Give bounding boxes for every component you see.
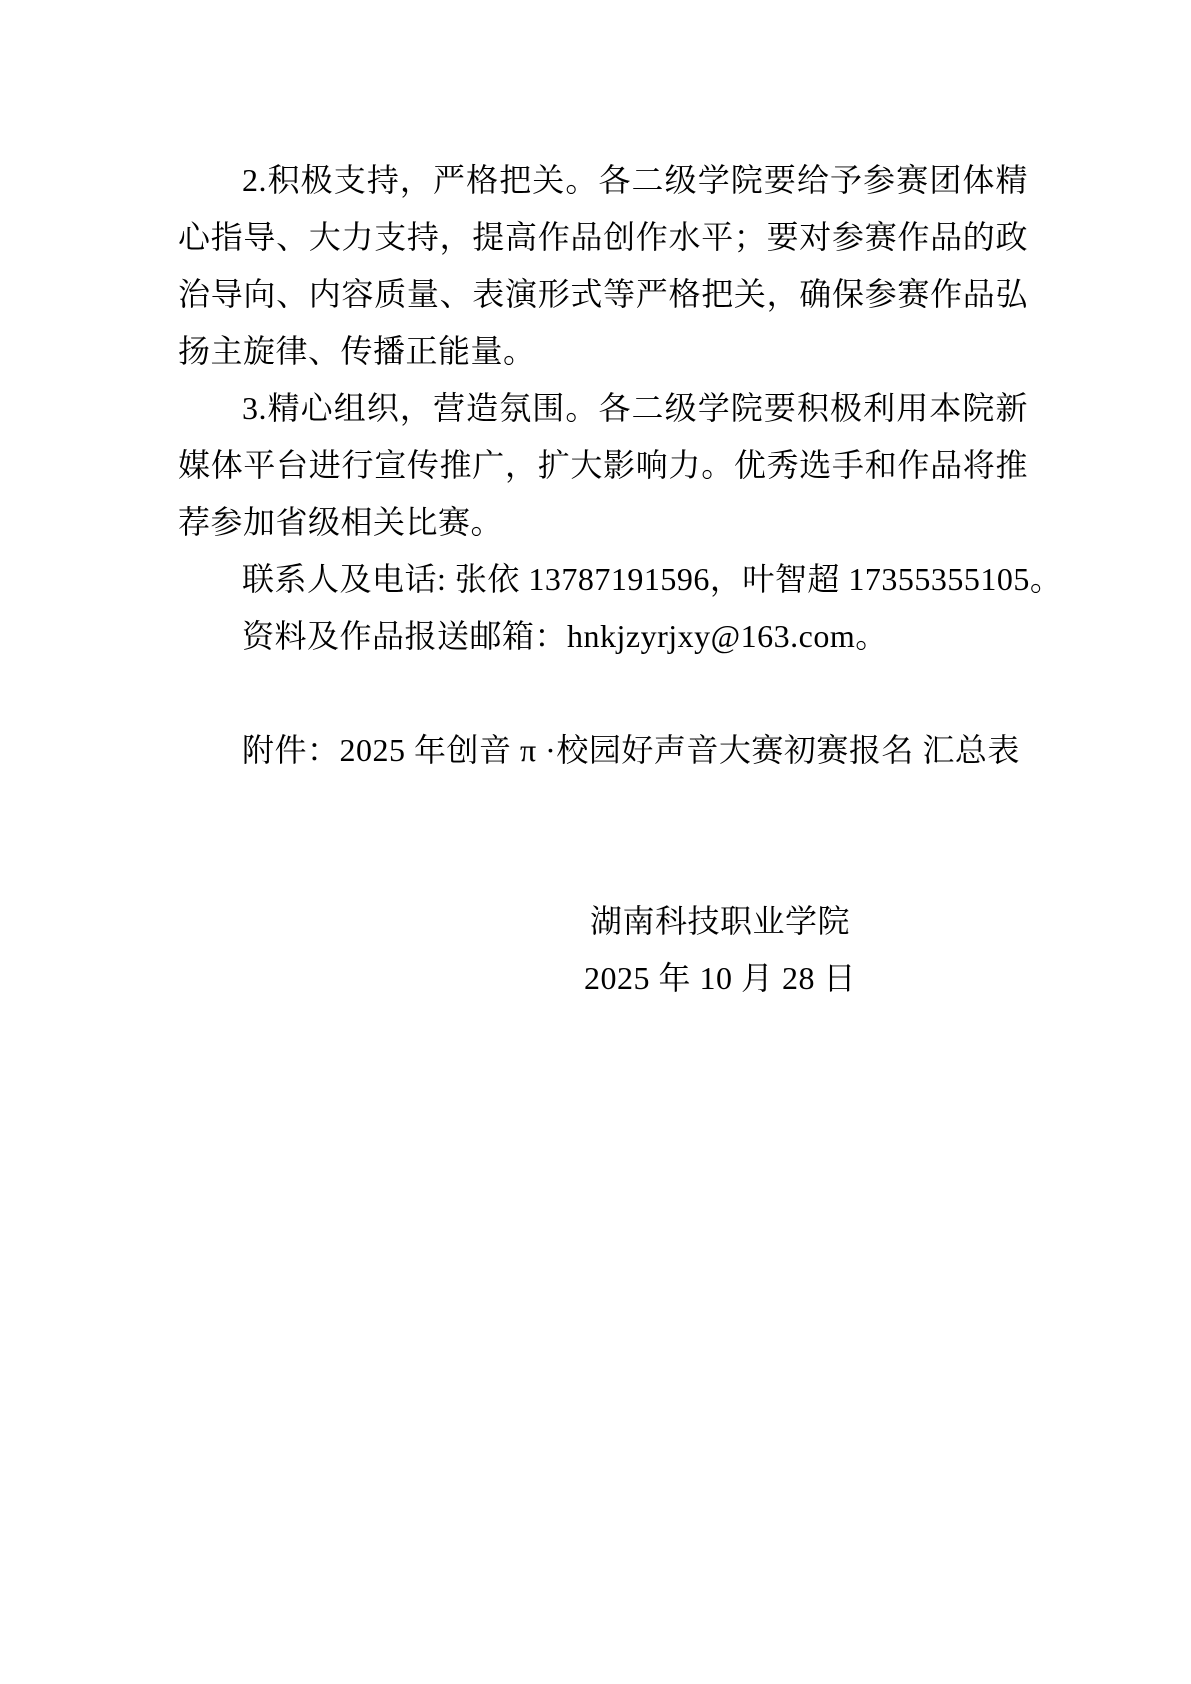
contact-line: 联系人及电话: 张依 13787191596，叶智超 17355355105。 [178, 551, 1028, 608]
document-page: 2.积极支持，严格把关。各二级学院要给予参赛团体精心指导、大力支持，提高作品创作… [0, 0, 1191, 1684]
signature-organization: 湖南科技职业学院 [584, 893, 856, 950]
attachment-line: 附件：2025 年创音 π ·校园好声音大赛初赛报名 汇总表 [178, 722, 1028, 779]
paragraph-point-3: 3.精心组织，营造氛围。各二级学院要积极利用本院新媒体平台进行宣传推广，扩大影响… [178, 380, 1028, 551]
email-line: 资料及作品报送邮箱：hnkjzyrjxy@163.com。 [178, 608, 1028, 665]
signature-block: 湖南科技职业学院 2025 年 10 月 28 日 [584, 893, 856, 1007]
signature-date: 2025 年 10 月 28 日 [584, 950, 856, 1007]
paragraph-point-2: 2.积极支持，严格把关。各二级学院要给予参赛团体精心指导、大力支持，提高作品创作… [178, 152, 1028, 380]
document-body: 2.积极支持，严格把关。各二级学院要给予参赛团体精心指导、大力支持，提高作品创作… [178, 152, 1028, 1007]
